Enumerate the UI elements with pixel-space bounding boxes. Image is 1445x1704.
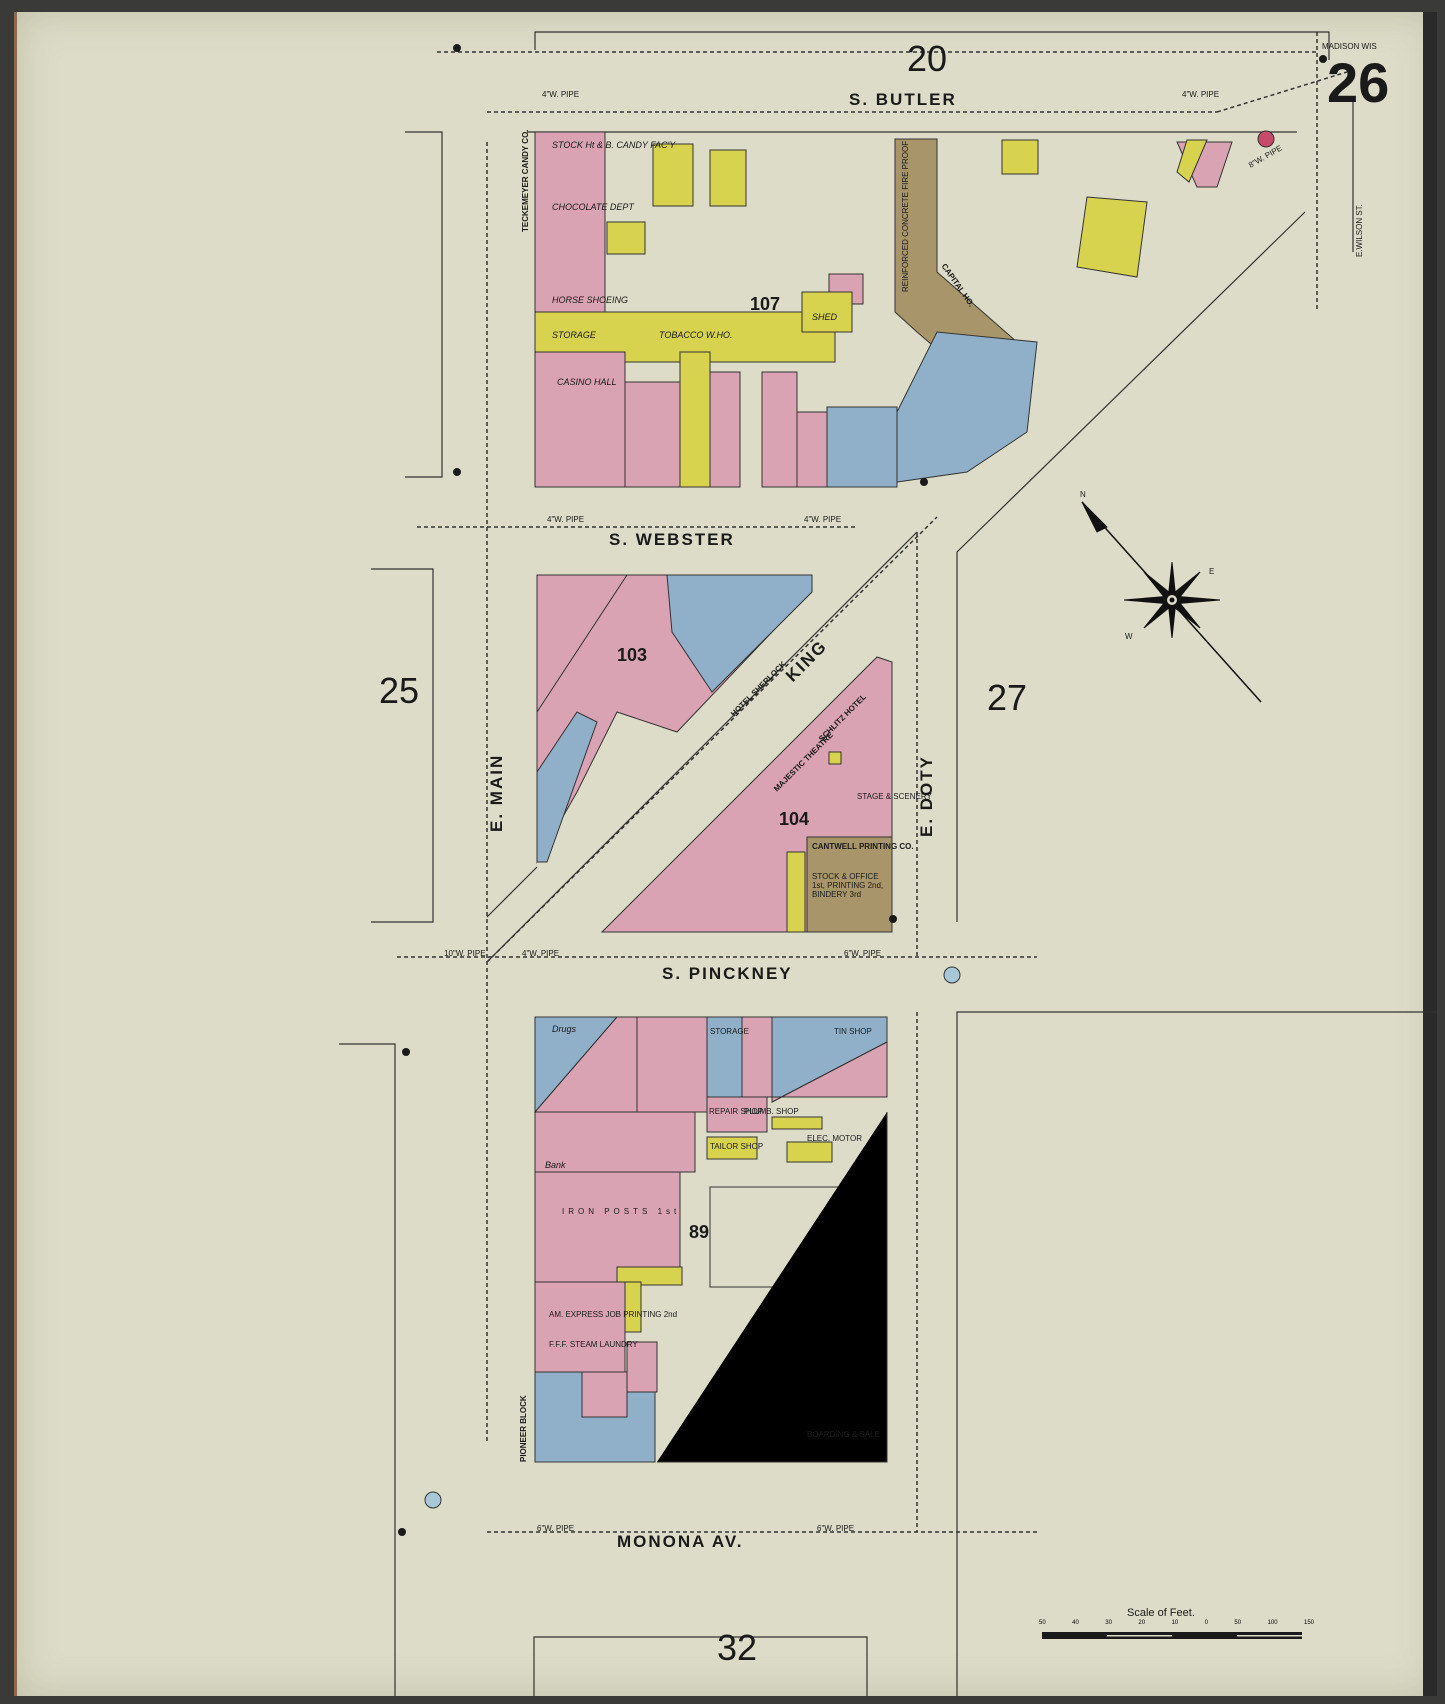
pioneer-block-label: PIONEER BLOCK — [519, 1395, 528, 1462]
cantwell-printing-label: CANTWELL PRINTING CO. — [812, 842, 914, 851]
chocolate-label: CHOCOLATE DEPT — [552, 202, 634, 212]
candy-factory-label: STOCK Ht & B. CANDY FAC'Y — [552, 140, 675, 150]
scale-tick: 30 — [1105, 1620, 1112, 1626]
tin-shop-label: TIN SHOP — [834, 1027, 872, 1036]
pipe-label-monona-east: 6"W. PIPE — [817, 1524, 854, 1533]
pipe-label-monona: 6"W. PIPE — [537, 1524, 574, 1533]
street-e-main: E. MAIN — [487, 754, 507, 832]
scale-tick: 10 — [1172, 1620, 1179, 1626]
block-number-27: 27 — [987, 677, 1027, 719]
block-left-top-outline — [405, 132, 442, 477]
casino-hall-label: CASINO HALL — [557, 377, 617, 387]
pipe-label-webster: 4"W. PIPE — [547, 515, 584, 524]
street-e-wilson: E.WILSON ST. — [1355, 204, 1364, 257]
block-number-89: 89 — [689, 1222, 709, 1243]
scale-bar — [1042, 1632, 1302, 1639]
scale-tick: 150 — [1304, 1620, 1314, 1626]
scale-ticks: 50 40 30 20 10 0 50 100 150 — [1039, 1620, 1314, 1626]
scale-tick: 50 — [1234, 1620, 1241, 1626]
bank-label: Bank — [545, 1160, 566, 1170]
street-s-webster: S. WEBSTER — [609, 530, 735, 550]
compass-rose — [1082, 502, 1261, 702]
drugs-label: Drugs — [552, 1024, 576, 1034]
pipe-label-webster-east: 4"W. PIPE — [804, 515, 841, 524]
concrete-building-label: REINFORCED CONCRETE FIRE PROOF — [901, 141, 910, 292]
street-monona-av: MONONA AV. — [617, 1532, 743, 1552]
plumb-shop-label: PLUMB. SHOP — [744, 1107, 799, 1116]
scale-tick: 40 — [1072, 1620, 1079, 1626]
iron-posts-label: IRON POSTS 1st — [562, 1207, 680, 1216]
pipe-label-pinckney: 4"W. PIPE — [522, 949, 559, 958]
scale-tick: 100 — [1268, 1620, 1278, 1626]
pipe-label-pinckney-east: 6"W. PIPE — [844, 949, 881, 958]
block-32-outline — [534, 1637, 867, 1696]
compass-e: E — [1209, 567, 1214, 576]
block-number-20: 20 — [907, 38, 947, 80]
pipe-label-butler-east: 4"W. PIPE — [1182, 90, 1219, 99]
am-express-label: AM. EXPRESS JOB PRINTING 2nd — [549, 1310, 677, 1319]
stage-scenery-label: STAGE & SCENERY — [857, 792, 932, 801]
shed-label: SHED — [812, 312, 837, 322]
map-sheet: MADISON WIS 26 20 25 27 32 107 103 104 8… — [14, 12, 1437, 1696]
street-s-butler: S. BUTLER — [849, 90, 957, 110]
steam-laundry-label: F.F.F. STEAM LAUNDRY — [549, 1340, 638, 1349]
pipe-label-butler: 4"W. PIPE — [542, 90, 579, 99]
block-25-outline — [371, 569, 433, 922]
teckemeyer-label: TECKEMEYER CANDY CO. — [521, 129, 530, 232]
storage-label: STORAGE — [552, 330, 596, 340]
scale-tick: 0 — [1205, 1620, 1208, 1626]
block-right-bottom-outline — [957, 1012, 1437, 1696]
tobacco-label: TOBACCO W.HO. — [659, 330, 733, 340]
scale-tick: 50 — [1039, 1620, 1046, 1626]
sheet-number: 26 — [1327, 50, 1389, 115]
block-number-107: 107 — [750, 294, 780, 315]
block-number-103: 103 — [617, 645, 647, 666]
pipe-label-pinckney-west: 10"W. PIPE — [444, 949, 486, 958]
cantwell-detail-label: STOCK & OFFICE 1st, PRINTING 2nd, BINDER… — [812, 872, 887, 899]
street-s-pinckney: S. PINCKNEY — [662, 964, 793, 984]
block-left-bottom-outline — [339, 1044, 395, 1696]
storage-pinckney-label: STORAGE — [710, 1027, 749, 1036]
block-number-104: 104 — [779, 809, 809, 830]
elec-motor-label: ELEC. MOTOR — [807, 1134, 862, 1143]
scale-title: Scale of Feet. — [1127, 1607, 1195, 1619]
horse-shoeing-label: HORSE SHOEING — [552, 295, 628, 305]
block-number-32: 32 — [717, 1627, 757, 1669]
block-27-outline — [957, 212, 1305, 922]
compass-w: W — [1125, 632, 1133, 641]
boarding-sale-label: BOARDING & SALE — [807, 1430, 880, 1439]
scale-tick: 20 — [1138, 1620, 1145, 1626]
map-drawing — [17, 12, 1437, 1696]
tailor-shop-label: TAILOR SHOP — [710, 1142, 763, 1151]
block-number-25: 25 — [379, 670, 419, 712]
compass-n: N — [1080, 490, 1086, 499]
